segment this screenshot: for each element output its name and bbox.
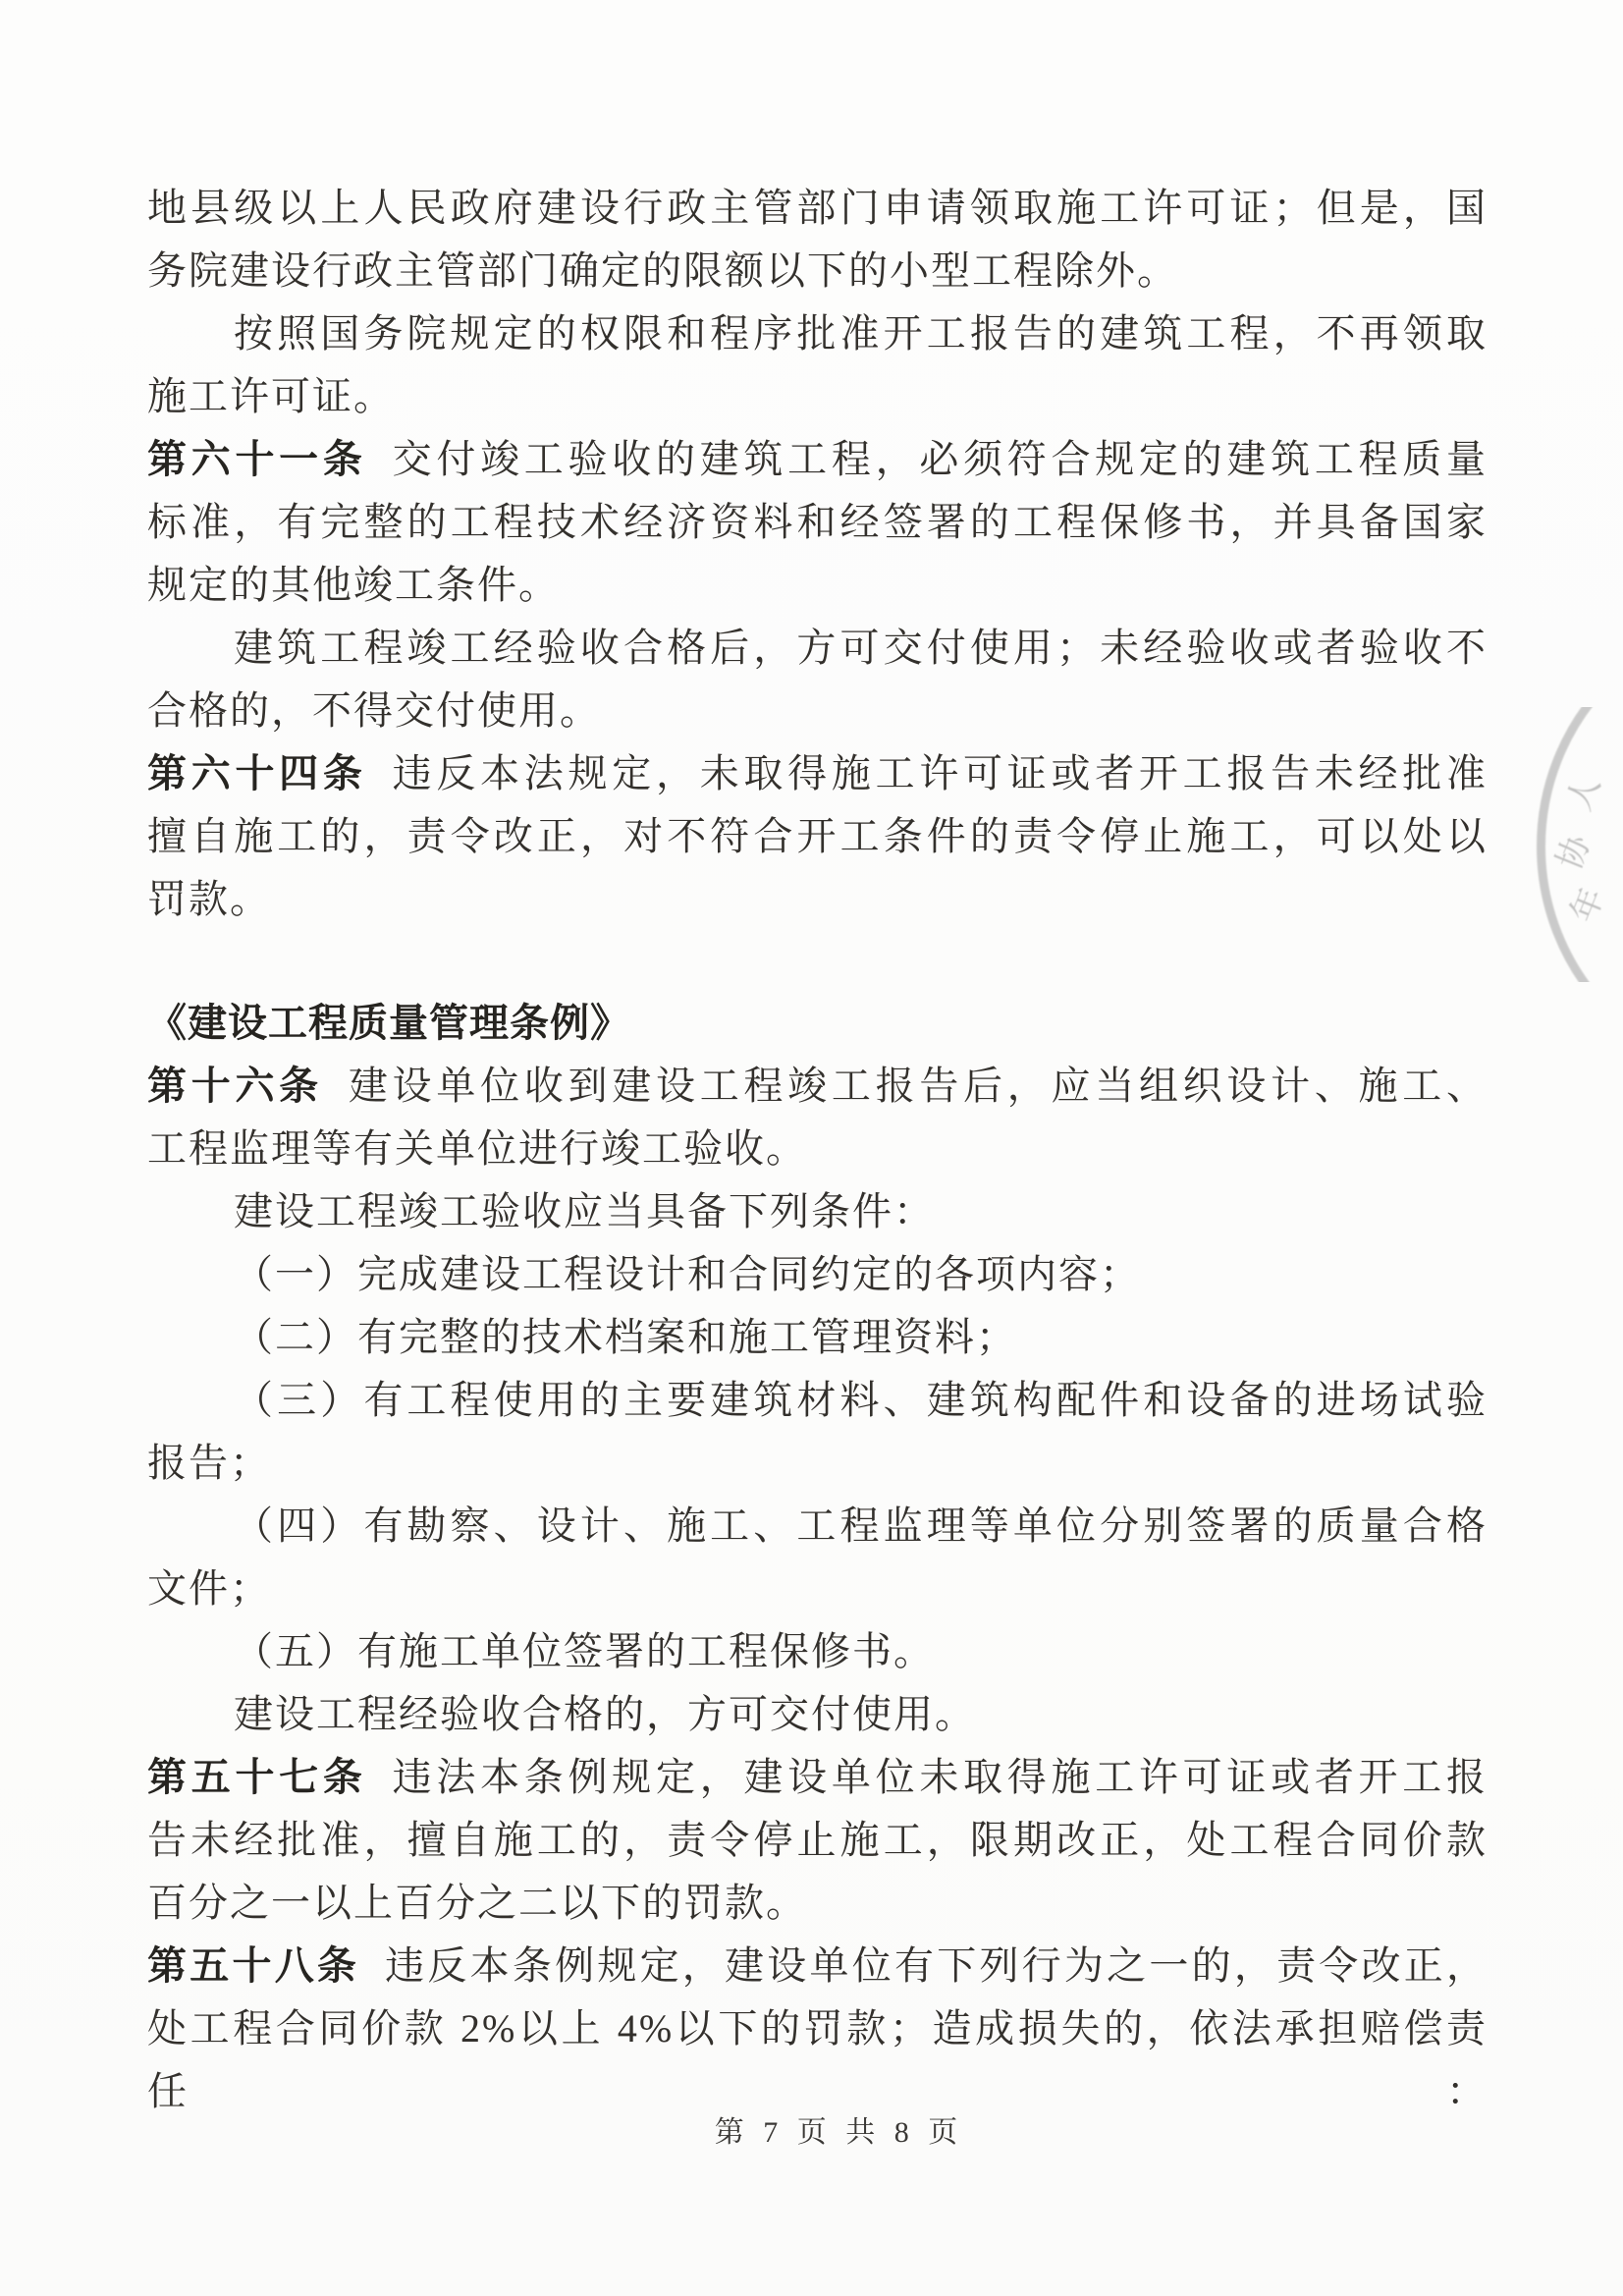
line-text: 工程监理等有关单位进行竣工验收。 bbox=[147, 1126, 807, 1171]
line-text: （五）有施工单位签署的工程保修书。 bbox=[234, 1629, 935, 1673]
text-line: 建设工程经验收合格的，方可交付使用。 bbox=[147, 1683, 1488, 1746]
line-text: 处工程合同价款 2%以上 4%以下的罚款；造成损失的，依法承担赔偿责任： bbox=[147, 2006, 1488, 2113]
text-line: 第五十七条违法本条例规定，建设单位未取得施工许可证或者开工报 bbox=[147, 1746, 1488, 1809]
line-text: 建设单位收到建设工程竣工报告后，应当组织设计、施工、 bbox=[349, 1064, 1488, 1108]
text-line: 第六十一条交付竣工验收的建筑工程，必须符合规定的建筑工程质量 bbox=[147, 428, 1488, 491]
stamp-character: 协 bbox=[1542, 827, 1599, 876]
text-line: 合格的，不得交付使用。 bbox=[147, 680, 1488, 742]
line-text: 罚款。 bbox=[147, 877, 271, 921]
line-text: 文件； bbox=[147, 1566, 271, 1611]
line-text: 施工许可证。 bbox=[147, 374, 395, 418]
text-line: 工程监理等有关单位进行竣工验收。 bbox=[147, 1118, 1488, 1180]
stamp-seal: 人协年 bbox=[1507, 707, 1623, 982]
article-number-label: 第六十四条 bbox=[147, 751, 367, 795]
line-text: 地县级以上人民政府建设行政主管部门申请领取施工许可证；但是，国 bbox=[147, 186, 1488, 230]
line-text: 规定的其他竣工条件。 bbox=[147, 563, 560, 607]
text-line: 第五十八条违反本条例规定，建设单位有下列行为之一的，责令改正， bbox=[147, 1935, 1488, 1997]
text-line: 地县级以上人民政府建设行政主管部门申请领取施工许可证；但是，国 bbox=[147, 177, 1488, 240]
text-line: 务院建设行政主管部门确定的限额以下的小型工程除外。 bbox=[147, 240, 1488, 302]
text-line: 规定的其他竣工条件。 bbox=[147, 554, 1488, 617]
text-line: 建设工程竣工验收应当具备下列条件： bbox=[147, 1180, 1488, 1243]
text-line: （二）有完整的技术档案和施工管理资料； bbox=[147, 1306, 1488, 1369]
line-text: （二）有完整的技术档案和施工管理资料； bbox=[234, 1315, 1017, 1359]
article-number-label: 第六十一条 bbox=[147, 437, 367, 481]
text-line: 文件； bbox=[147, 1558, 1488, 1620]
text-line: （一）完成建设工程设计和合同约定的各项内容； bbox=[147, 1243, 1488, 1306]
line-text: 建设工程竣工验收应当具备下列条件： bbox=[234, 1189, 935, 1233]
line-text: 擅自施工的，责令改正，对不符合开工条件的责令停止施工，可以处以 bbox=[147, 814, 1488, 858]
line-text: 按照国务院规定的权限和程序批准开工报告的建筑工程，不再领取 bbox=[234, 311, 1488, 355]
stamp-arc-icon bbox=[1537, 707, 1623, 982]
text-line: 第六十四条违反本法规定，未取得施工许可证或者开工报告未经批准 bbox=[147, 742, 1488, 805]
text-line: 告未经批准，擅自施工的，责令停止施工，限期改正，处工程合同价款 bbox=[147, 1809, 1488, 1872]
line-text: 务院建设行政主管部门确定的限额以下的小型工程除外。 bbox=[147, 248, 1178, 293]
line-text: 标准，有完整的工程技术经济资料和经签署的工程保修书，并具备国家 bbox=[147, 500, 1488, 544]
text-line: 处工程合同价款 2%以上 4%以下的罚款；造成损失的，依法承担赔偿责任： bbox=[147, 1997, 1488, 2060]
line-text: 百分之一以上百分之二以下的罚款。 bbox=[147, 1881, 807, 1925]
stamp-character: 年 bbox=[1556, 880, 1613, 929]
text-line: 建筑工程竣工经验收合格后，方可交付使用；未经验收或者验收不 bbox=[147, 617, 1488, 680]
document-page: 地县级以上人民政府建设行政主管部门申请领取施工许可证；但是，国务院建设行政主管部… bbox=[0, 0, 1623, 2296]
line-text: 建筑工程竣工经验收合格后，方可交付使用；未经验收或者验收不 bbox=[234, 626, 1488, 670]
line-text: 《建设工程质量管理条例》 bbox=[147, 1001, 630, 1045]
line-text: 建设工程经验收合格的，方可交付使用。 bbox=[234, 1692, 976, 1736]
line-text: 违反本法规定，未取得施工许可证或者开工报告未经批准 bbox=[393, 751, 1488, 795]
text-lines: 地县级以上人民政府建设行政主管部门申请领取施工许可证；但是，国务院建设行政主管部… bbox=[147, 177, 1488, 2060]
article-number-label: 第五十八条 bbox=[147, 1943, 359, 1988]
line-text: 合格的，不得交付使用。 bbox=[147, 688, 601, 733]
line-text: 违反本条例规定，建设单位有下列行为之一的，责令改正， bbox=[385, 1943, 1488, 1988]
article-number-label: 第五十七条 bbox=[147, 1755, 367, 1799]
line-text: 违法本条例规定，建设单位未取得施工许可证或者开工报 bbox=[393, 1755, 1488, 1799]
page-footer: 第 7 页 共 8 页 bbox=[27, 2107, 1623, 2151]
line-text: 告未经批准，擅自施工的，责令停止施工，限期改正，处工程合同价款 bbox=[147, 1818, 1488, 1862]
article-number-label: 第十六条 bbox=[147, 1064, 323, 1108]
text-line: （四）有勘察、设计、施工、工程监理等单位分别签署的质量合格 bbox=[147, 1495, 1488, 1558]
text-line: （五）有施工单位签署的工程保修书。 bbox=[147, 1620, 1488, 1683]
section-heading: 《建设工程质量管理条例》 bbox=[147, 992, 1488, 1055]
text-line: 报告； bbox=[147, 1432, 1488, 1495]
stamp-characters: 人协年 bbox=[1507, 707, 1623, 982]
text-line: 擅自施工的，责令改正，对不符合开工条件的责令停止施工，可以处以 bbox=[147, 805, 1488, 868]
line-text: 交付竣工验收的建筑工程，必须符合规定的建筑工程质量 bbox=[393, 437, 1488, 481]
line-text: （一）完成建设工程设计和合同约定的各项内容； bbox=[234, 1252, 1141, 1296]
stamp-character: 人 bbox=[1552, 768, 1609, 817]
text-line: （三）有工程使用的主要建筑材料、建筑构配件和设备的进场试验 bbox=[147, 1369, 1488, 1432]
text-line: 第十六条建设单位收到建设工程竣工报告后，应当组织设计、施工、 bbox=[147, 1055, 1488, 1118]
text-line: 罚款。 bbox=[147, 868, 1488, 931]
text-line: 施工许可证。 bbox=[147, 365, 1488, 428]
text-line: 按照国务院规定的权限和程序批准开工报告的建筑工程，不再领取 bbox=[147, 302, 1488, 365]
line-text: （四）有勘察、设计、施工、工程监理等单位分别签署的质量合格 bbox=[234, 1503, 1488, 1548]
text-line: 标准，有完整的工程技术经济资料和经签署的工程保修书，并具备国家 bbox=[147, 491, 1488, 554]
text-line: 百分之一以上百分之二以下的罚款。 bbox=[147, 1872, 1488, 1935]
line-text: 报告； bbox=[147, 1441, 271, 1485]
line-text: （三）有工程使用的主要建筑材料、建筑构配件和设备的进场试验 bbox=[234, 1378, 1488, 1422]
